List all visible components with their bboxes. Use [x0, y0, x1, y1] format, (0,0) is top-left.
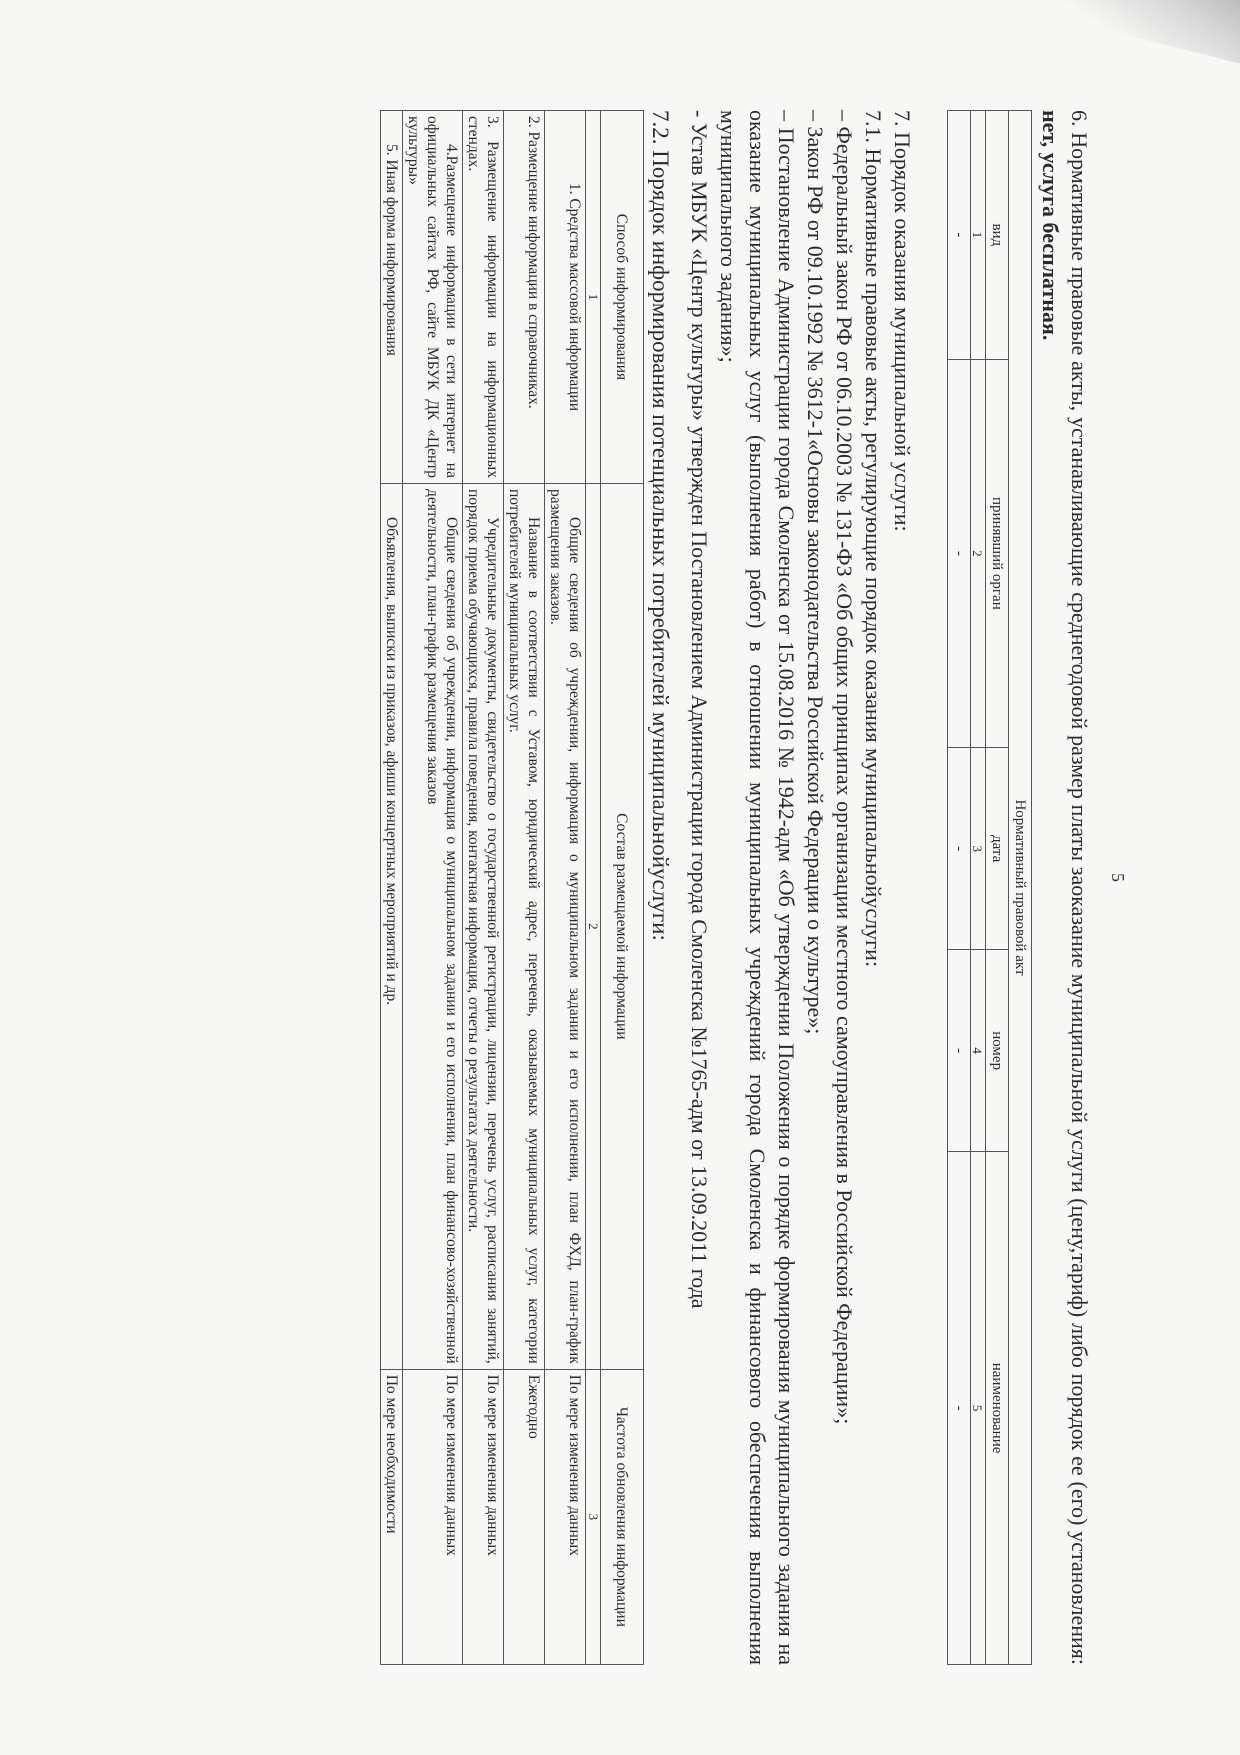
section-6-paragraph: 6. Нормативные правовые акты, устанавлив…	[1036, 110, 1094, 1665]
document-page: 5 6. Нормативные правовые акты, устанавл…	[0, 0, 1240, 1755]
method-cell: 5. Иная форма информирования	[381, 111, 403, 484]
col-header: вид	[986, 111, 1009, 360]
table-row: - - - - -	[948, 111, 971, 1665]
content-cell: Общие сведения об учреждении, информация…	[403, 483, 463, 1369]
section-7-1-title: 7.1. Нормативные правовые акты, регулиру…	[859, 110, 888, 1665]
legal-act-item: – Постановление Администрации города Смо…	[714, 110, 801, 1665]
table-header-row: Способ информирования Состав размещаемой…	[601, 111, 644, 1665]
col-number: 1	[971, 111, 986, 360]
content-cell: Общие сведения об учреждении, информация…	[545, 483, 586, 1369]
section-6-text: 6. Нормативные правовые акты, устанавлив…	[1067, 110, 1092, 1665]
col-header: дата	[986, 748, 1009, 950]
col-number: 4	[971, 950, 986, 1152]
table-row: 1. Средства массовой информации Общие св…	[545, 111, 586, 1665]
legal-act-item: – Федеральный закон РФ от 06.10.2003 № 1…	[830, 110, 859, 1665]
group-header: Нормативный правовой акт	[1009, 111, 1032, 1665]
table-cell: -	[948, 950, 971, 1152]
col-number: 2	[586, 483, 601, 1369]
col-header: принявший орган	[986, 359, 1009, 748]
table-cell: -	[948, 748, 971, 950]
table-row: 5. Иная форма информирования Объявления,…	[381, 111, 403, 1665]
table-cell: -	[948, 111, 971, 360]
frequency-cell: По мере изменения данных	[403, 1369, 463, 1664]
legal-act-item: – Закон РФ от 09.10.1992 № 3612-1«Основы…	[801, 110, 830, 1665]
col-header: Способ информирования	[601, 111, 644, 484]
table-row: 4.Размещение информации в сети интернет …	[403, 111, 463, 1665]
content-cell: Название в соответствии с Уставом, юриди…	[504, 483, 545, 1369]
content-cell: Объявления, выписки из приказов, афиши к…	[381, 483, 403, 1369]
section-7-2-title: 7.2. Порядок информирования потенциальны…	[646, 110, 675, 1665]
col-number: 3	[586, 1369, 601, 1664]
col-header: Частота обновления информации	[601, 1369, 644, 1664]
table-cell: -	[948, 1152, 971, 1665]
page-number: 5	[1107, 0, 1128, 1755]
col-header: Состав размещаемой информации	[601, 483, 644, 1369]
table-cell: -	[948, 359, 971, 748]
method-cell: 1. Средства массовой информации	[545, 111, 586, 484]
frequency-cell: Ежегодно	[504, 1369, 545, 1664]
col-number: 2	[971, 359, 986, 748]
method-cell: 2. Размещение информации в справочниках.	[504, 111, 545, 484]
section-7-title: 7. Порядок оказания муниципальной услуги…	[888, 110, 917, 1665]
frequency-cell: По мере необходимости	[381, 1369, 403, 1664]
table-row: 2. Размещение информации в справочниках.…	[504, 111, 545, 1665]
frequency-cell: По мере изменения данных	[463, 1369, 504, 1664]
legal-act-item: - Устав МБУК «Центр культуры» утвержден …	[685, 110, 714, 1665]
table-header-row: вид принявший орган дата номер наименова…	[986, 111, 1009, 1665]
informing-table: Способ информирования Состав размещаемой…	[380, 110, 644, 1665]
section-6-answer: нет, услуга бесплатная.	[1038, 110, 1063, 340]
content-cell: Учредительные документы, свидетельство о…	[463, 483, 504, 1369]
table-group-header-row: Нормативный правовой акт	[1009, 111, 1032, 1665]
table-row: 3. Размещение информации на информационн…	[463, 111, 504, 1665]
column-numbers-row: 1 2 3 4 5	[971, 111, 986, 1665]
legal-acts-table: Нормативный правовой акт вид принявший о…	[947, 110, 1032, 1665]
col-number: 3	[971, 748, 986, 950]
col-header: наименование	[986, 1152, 1009, 1665]
method-cell: 4.Размещение информации в сети интернет …	[403, 111, 463, 484]
col-header: номер	[986, 950, 1009, 1152]
column-numbers-row: 1 2 3	[586, 111, 601, 1665]
col-number: 5	[971, 1152, 986, 1665]
method-cell: 3. Размещение информации на информационн…	[463, 111, 504, 484]
col-number: 1	[586, 111, 601, 484]
frequency-cell: По мере изменения данных	[545, 1369, 586, 1664]
